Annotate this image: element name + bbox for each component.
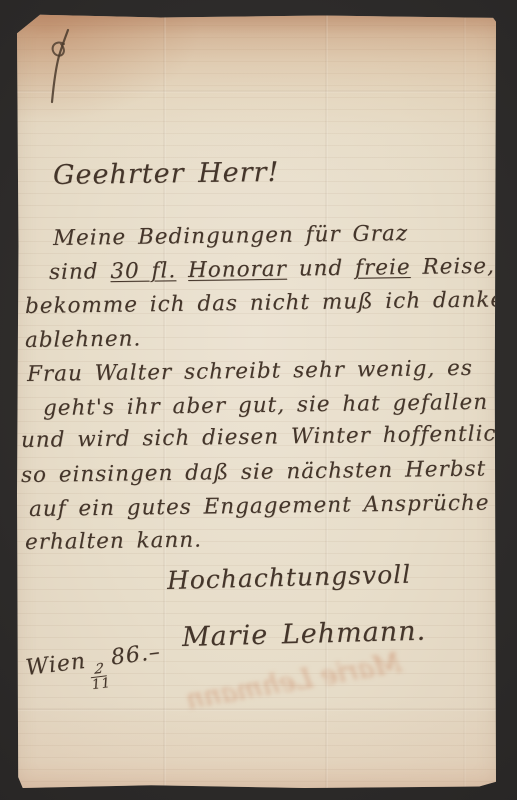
- pencil-mark-1p-icon: [41, 26, 77, 108]
- signature: Marie Lehmann.: [182, 616, 427, 653]
- body-line: Frau Walter schreibt sehr wenig, es: [27, 356, 473, 387]
- body-line: geht's ihr aber gut, sie hat gefallen: [43, 390, 488, 421]
- fold-crease-horizontal-bottom: [17, 708, 496, 711]
- body-text-segment: Reise,: [410, 254, 495, 280]
- body-line: erhalten kann.: [25, 528, 202, 555]
- dateline-place: Wien: [24, 649, 87, 681]
- dateline-day: 2: [91, 662, 108, 679]
- underlined-fee-amount: 30 fl.: [110, 258, 176, 284]
- body-line: bekomme ich das nicht muß ich dankend: [25, 287, 517, 319]
- dateline-month: 11: [91, 676, 112, 692]
- scan-background: Geehrter Herr! Meine Bedingungen für Gra…: [0, 0, 517, 800]
- body-line: und wird sich diesen Winter hoffentlich: [21, 421, 512, 453]
- closing-formula: Hochachtungsvoll: [167, 560, 412, 595]
- underlined-word-freie: freie: [355, 255, 411, 281]
- body-text-segment: [176, 258, 188, 283]
- salutation: Geehrter Herr!: [53, 157, 280, 191]
- letter-paper: Geehrter Herr! Meine Bedingungen für Gra…: [17, 14, 496, 788]
- ink-bleedthrough: Marie Lehmann: [184, 647, 404, 715]
- dateline-year: 86.–: [110, 640, 163, 671]
- body-line: ablehnen.: [25, 326, 142, 353]
- body-line: sind 30 fl. Honorar und freie Reise,: [49, 254, 495, 285]
- body-text-segment: sind: [49, 259, 111, 285]
- dateline: Wien21186.–: [24, 640, 164, 700]
- fold-crease-horizontal-top: [17, 90, 496, 93]
- underlined-word-honorar: Honorar: [188, 257, 287, 283]
- body-line: so einsingen daß sie nächsten Herbst: [21, 457, 487, 488]
- body-line: Meine Bedingungen für Graz: [53, 221, 408, 251]
- body-line: auf ein gutes Engagement Ansprüche: [29, 491, 490, 522]
- body-text-segment: und: [287, 256, 355, 282]
- dateline-day-month-fraction: 211: [89, 662, 112, 692]
